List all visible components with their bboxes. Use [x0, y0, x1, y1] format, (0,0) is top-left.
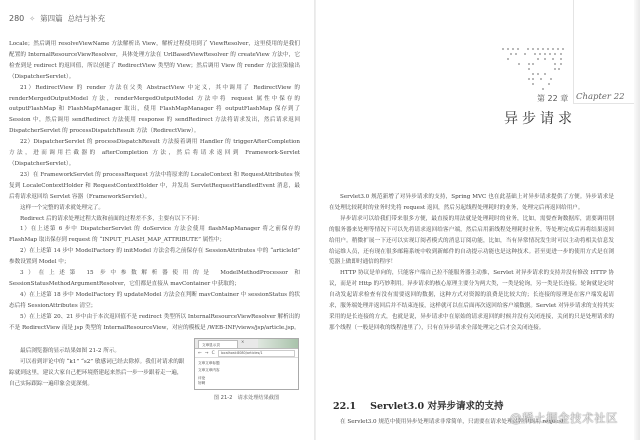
chapter-script-label: Chapter 22	[576, 92, 625, 102]
close-icon: ×	[241, 339, 244, 344]
page-number: 280	[9, 14, 24, 23]
left-body-text: Locale；然后调用 resolveViewName 方法解析出 View，解…	[9, 39, 300, 333]
back-arrow-icon: ←	[198, 351, 202, 356]
running-header: 280 ✧ 第四篇 总结与补充	[9, 13, 105, 24]
paragraph: 4）在上述第 18 步中 ModelFactory 的 updateModel …	[9, 290, 300, 312]
chapter-title: 异步请求	[504, 108, 576, 128]
forward-arrow-icon: →	[205, 351, 209, 356]
section-number: 22.1	[333, 401, 356, 412]
chapter-number: 第 22 章	[537, 93, 568, 104]
paragraph: 2）在上述第 14 步中 ModelFactory 的 initModel 方法…	[9, 246, 300, 268]
figure-21-2: 文章显示页 × ← → C localhost:8080/articles/1 …	[194, 338, 299, 401]
paragraph: 这样一个完整的请求就处理完了。	[9, 203, 300, 214]
paragraph: 21）RedirectView 的 render 方法在父类 AbstractV…	[9, 83, 300, 138]
part-label: 第四篇	[40, 13, 63, 24]
dot-pattern-decoration	[502, 48, 572, 90]
paragraph: 22）DispatcherServlet 的 processDispatchRe…	[9, 137, 300, 170]
paragraph: 23）在 FrameworkServlet 的 processRequest 方…	[9, 170, 300, 203]
paragraph: HTTP 协议是单向的，只能客户端自己拉不能服务器主动推，Servlet 对异步…	[329, 268, 614, 333]
paragraph: 最后浏览器的显示结果如图 21-2 所示。	[9, 346, 185, 357]
float-text: 最后浏览器的显示结果如图 21-2 所示。 可以看到评论中的 “k1” “s2”…	[9, 346, 185, 390]
figure-caption: 图 21-2 请求处理结果截图	[194, 394, 299, 401]
paragraph: 5）在上述第 20、21 步中由于本次返回值不是 redirect 类型所以 I…	[9, 312, 300, 334]
browser-nav-bar: ← → C localhost:8080/articles/1	[195, 349, 298, 358]
chapter-corner-box	[573, 0, 637, 104]
left-page: 280 ✧ 第四篇 总结与补充 Locale；然后调用 resolveViewN…	[0, 0, 316, 440]
content-line: 文章文章内容	[198, 367, 295, 374]
url-bar: localhost:8080/articles/1	[218, 350, 295, 357]
page-edge	[634, 0, 640, 440]
paragraph: Redirect 后的请求处理过程大致和前面的过程差不多，主要有以下不同：	[9, 214, 300, 225]
part-title: 总结与补充	[68, 13, 106, 24]
paragraph: 可以看到评论中的 “k1” “s2” 敏感词已经去除掉。我们对请求的跟踪就到这里…	[9, 357, 185, 390]
reload-icon: C	[212, 351, 215, 356]
browser-tab-bar: 文章显示页 ×	[195, 339, 298, 349]
right-page: 第 22 章 Chapter 22 异步请求 Servlet3.0 规范新增了对…	[316, 0, 640, 440]
paragraph: Locale；然后调用 resolveViewName 方法解析出 View，解…	[9, 39, 300, 83]
watermark: @稀土掘金技术社区	[510, 410, 618, 426]
section-heading: 22.1Servlet3.0 对异步请求的支持	[333, 398, 503, 412]
content-line: 好啊	[198, 381, 295, 386]
paragraph: 异步请求可以给我们带来很多方便，最直接的用法就是处理耗时的业务，比如，需要查询数…	[329, 214, 614, 269]
paragraph: Servlet3.0 规范新增了对异步请求的支持，Spring MVC 也在此基…	[329, 192, 614, 214]
browser-screenshot: 文章显示页 × ← → C localhost:8080/articles/1 …	[194, 338, 299, 390]
browser-content: 文章文章标题 文章文章内容 评论 好啊	[195, 358, 298, 387]
paragraph: 3）在上述第 15 步中参数解析器使用的是 ModelMethodProcess…	[9, 268, 300, 290]
section-title: Servlet3.0 对异步请求的支持	[370, 401, 503, 412]
browser-tab: 文章显示页	[198, 340, 238, 348]
content-line: 文章文章标题	[198, 360, 295, 367]
ornament-icon: ✧	[29, 15, 35, 23]
tab-bar-background	[258, 339, 298, 348]
paragraph: 1）在上述第 6 步中 DispatcherServlet 的 doServic…	[9, 224, 300, 246]
right-body-text: Servlet3.0 规范新增了对异步请求的支持，Spring MVC 也在此基…	[329, 192, 614, 334]
